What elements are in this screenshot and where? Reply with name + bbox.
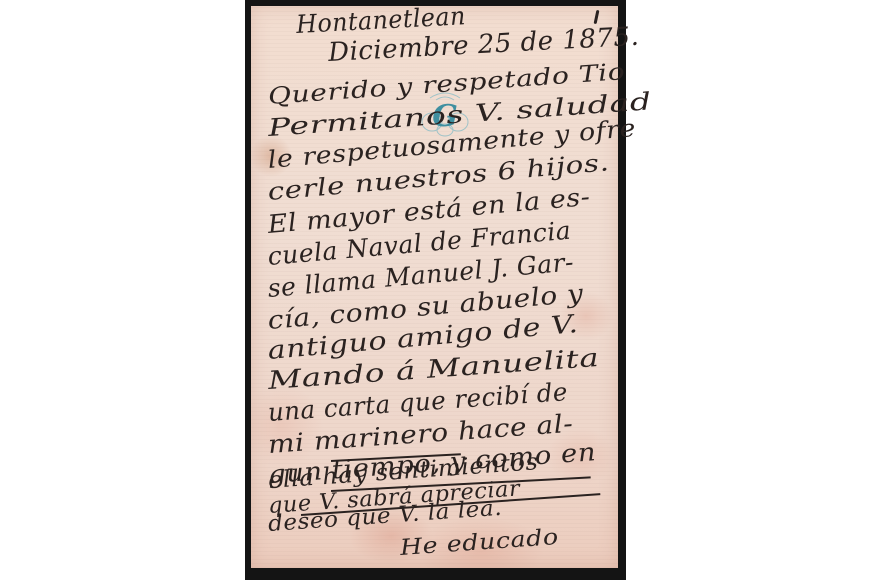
document-frame: Hontanetlean Diciembre 25 de 1875. G Que… <box>245 0 626 580</box>
letter-line: He educado <box>399 525 559 561</box>
ink-mark <box>594 10 600 24</box>
letter-paper: Hontanetlean Diciembre 25 de 1875. G Que… <box>251 6 618 568</box>
